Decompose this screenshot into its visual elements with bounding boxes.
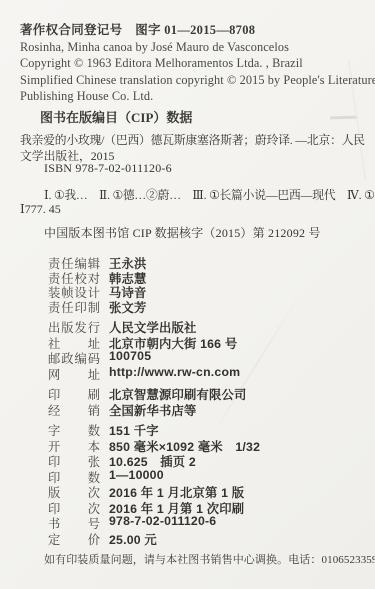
booknumber-price-block: 书号 978-7-02-011120-6 定价 25.00 元: [48, 514, 216, 547]
staff-row: 装帧设计 马诗音: [48, 283, 147, 298]
publisher-info-block: 出版发行 人民文学出版社 社址 北京市朝内大街 166 号 邮政编码 10070…: [48, 318, 240, 381]
cip-record-number: 中国版本图书馆 CIP 数据核字（2015）第 212092 号: [44, 224, 321, 241]
field-value: 全国新华书店等: [109, 401, 196, 419]
field-label: 网址: [48, 365, 100, 383]
price-row: 定价 25.00 元: [48, 530, 216, 546]
booknumber-row: 书号 978-7-02-011120-6: [48, 514, 216, 530]
field-label: 责任印制: [48, 298, 100, 316]
english-publisher-line: Publishing House Co. Ltd.: [20, 88, 375, 104]
field-label: 经销: [48, 401, 100, 419]
scan-artifact: [330, 116, 358, 120]
publisher-row: 邮政编码 100705: [48, 349, 240, 365]
copyright-page: 著作权合同登记号 图字 01—2015—8708 Rosinha, Minha …: [0, 0, 375, 589]
printing-distribution-block: 印刷 北京智慧源印刷有限公司 经销 全国新华书店等: [48, 385, 246, 417]
quality-notice-line: 如有印装质量问题，请与本社图书销售中心调换。电话：01065233595: [44, 551, 375, 567]
registration-line: 著作权合同登记号 图字 01—2015—8708: [20, 20, 255, 38]
cip-section-title: 图书在版编目（CIP）数据: [40, 107, 192, 126]
book-number-value: 978-7-02-011120-6: [109, 514, 216, 528]
english-copyright-line: Copyright © 1963 Editora Melhoramentos L…: [20, 55, 375, 71]
english-title-line: Rosinha, Minha canoa by José Mauro de Va…: [20, 39, 375, 55]
field-value: 100705: [109, 349, 151, 363]
field-value: 1—10000: [109, 468, 164, 482]
field-label: 书号: [48, 514, 100, 532]
english-copyright-block: Rosinha, Minha canoa by José Mauro de Va…: [20, 39, 375, 104]
price-value: 25.00 元: [109, 530, 157, 548]
spec-row: 版次 2016 年 1 月北京第 1 版: [48, 483, 260, 499]
print-specs-block: 字数 151 千字 开本 850 毫米×1092 毫米 1/32 印张 10.6…: [48, 421, 260, 514]
english-translation-line: Simplified Chinese translation copyright…: [20, 72, 375, 88]
publisher-row: 网址 http://www.rw-cn.com: [48, 365, 240, 381]
printing-row: 印刷 北京智慧源印刷有限公司: [48, 385, 246, 401]
field-label: 定价: [48, 530, 100, 548]
printing-row: 经销 全国新华书店等: [48, 401, 246, 417]
publisher-row: 社址 北京市朝内大街 166 号: [48, 334, 240, 350]
staff-credits-block: 责任编辑 王永洪 责任校对 韩志慧 装帧设计 马诗音 责任印制 张文芳: [48, 254, 147, 312]
staff-row: 责任校对 韩志慧: [48, 269, 147, 284]
spec-row: 印次 2016 年 1 月第 1 次印刷: [48, 499, 260, 515]
spec-row: 印数 1—10000: [48, 468, 260, 484]
isbn-line: ISBN 978-7-02-011120-6: [44, 161, 172, 176]
field-value: 张文芳: [109, 298, 147, 316]
staff-row: 责任印制 张文芳: [48, 298, 147, 313]
spec-row: 字数 151 千字: [48, 421, 260, 437]
cip-description-line1: 我亲爱的小玫瑰/（巴西）德瓦斯康塞洛斯著；蔚玲译. —北京：人民: [20, 131, 365, 148]
spec-row: 开本 850 毫米×1092 毫米 1/32: [48, 437, 260, 453]
website-url: http://www.rw-cn.com: [109, 365, 240, 379]
publisher-row: 出版发行 人民文学出版社: [48, 318, 240, 334]
classification-line2: Ⅰ777. 45: [20, 202, 61, 217]
staff-row: 责任编辑 王永洪: [48, 254, 147, 269]
classification-line1: Ⅰ. ①我… Ⅱ. ①德…②蔚… Ⅲ. ①长篇小说—巴西—现代 Ⅳ. ①: [44, 186, 374, 203]
